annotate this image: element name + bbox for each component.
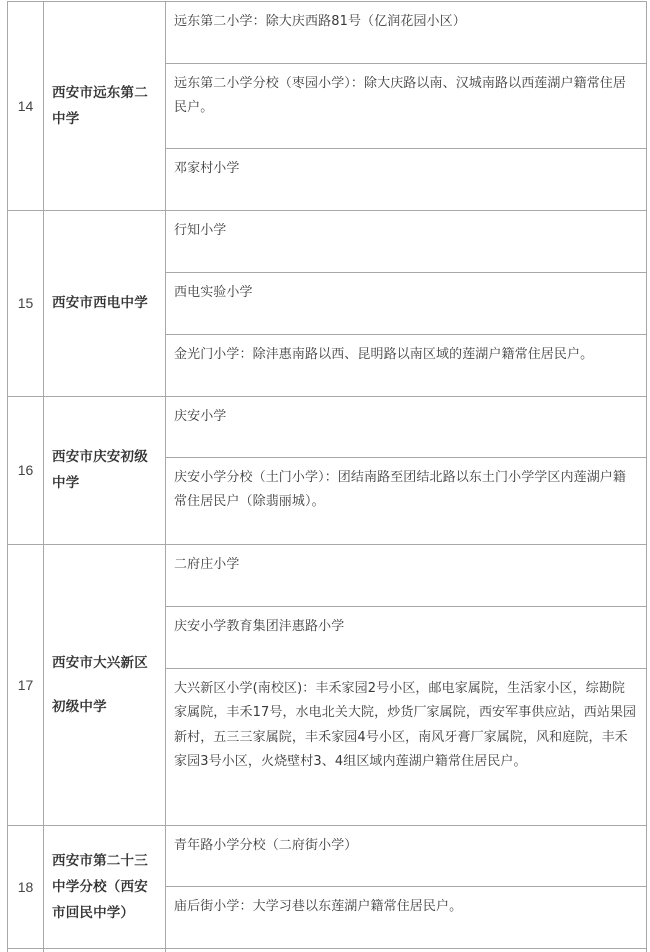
- middle-school-cell: 西安市第二十三中学分校（西安市回民中学）: [44, 825, 166, 948]
- empty-cell: [8, 948, 44, 952]
- primary-school-cell: 青年路小学分校（二府街小学）: [166, 825, 647, 886]
- primary-school-cell: 庆安小学分校（土门小学）：团结南路至团结北路以东土门小学学区内莲湖户籍常住居民户…: [166, 457, 647, 544]
- primary-school-cell: 大兴新区小学(南校区)：丰禾家园2号小区，邮电家属院，生活家小区，综勘院家属院，…: [166, 668, 647, 825]
- primary-school-text: 庙后街小学：大学习巷以东莲湖户籍常住居民户。: [174, 895, 638, 920]
- primary-school-text: 大兴新区小学(南校区)：丰禾家园2号小区，邮电家属院，生活家小区，综勘院家属院，…: [174, 677, 638, 775]
- primary-school-cell: 远东第二小学：除大庆西路81号（亿润花园小区）: [166, 1, 647, 63]
- primary-school-text: 邓家村小学: [174, 157, 638, 182]
- row-index: 16: [8, 396, 44, 544]
- primary-school-cell: 庆安小学: [166, 396, 647, 457]
- primary-school-text: 金光门小学：除沣惠南路以西、昆明路以南区域的莲湖户籍常住居民户。: [174, 343, 638, 368]
- middle-school-name-line: 西安市第二十三: [52, 848, 157, 874]
- middle-school-name-line: 西安市西电中学: [52, 290, 157, 316]
- middle-school-cell: 西安市远东第二中学: [44, 1, 166, 210]
- primary-school-text: 庆安小学教育集团沣惠路小学: [174, 615, 638, 640]
- middle-school-name-line: 市回民中学）: [52, 900, 157, 926]
- middle-school-name-line: 西安市远东第二: [52, 80, 157, 106]
- empty-cell: [44, 948, 166, 952]
- middle-school-name-line: 中学: [52, 106, 157, 132]
- middle-school-name-line: 中学: [52, 470, 157, 496]
- primary-school-text: 二府庄小学: [174, 553, 638, 578]
- primary-school-cell: 远东第二小学分校（枣园小学）：除大庆路以南、汉城南路以西莲湖户籍常住居民户。: [166, 63, 647, 148]
- table-body: 14西安市远东第二中学远东第二小学：除大庆西路81号（亿润花园小区）远东第二小学…: [8, 1, 647, 952]
- table-row: 14西安市远东第二中学远东第二小学：除大庆西路81号（亿润花园小区）: [8, 1, 647, 63]
- row-index: 15: [8, 210, 44, 396]
- primary-school-text: 远东第二小学分校（枣园小学）：除大庆路以南、汉城南路以西莲湖户籍常住居民户。: [174, 72, 638, 121]
- table-row: 18西安市第二十三中学分校（西安市回民中学）青年路小学分校（二府街小学）: [8, 825, 647, 886]
- primary-school-cell: 邓家村小学: [166, 148, 647, 210]
- primary-school-text: 庆安小学分校（土门小学）：团结南路至团结北路以东土门小学学区内莲湖户籍常住居民户…: [174, 466, 638, 515]
- table-row: 15西安市西电中学行知小学: [8, 210, 647, 272]
- row-index: 17: [8, 544, 44, 825]
- middle-school-name-line: 西安市庆安初级: [52, 444, 157, 470]
- primary-school-text: 远东第二小学：除大庆西路81号（亿润花园小区）: [174, 10, 638, 35]
- table-row: 16西安市庆安初级中学庆安小学: [8, 396, 647, 457]
- middle-school-name-line: 西安市大兴新区: [52, 641, 157, 685]
- middle-school-cell: 西安市大兴新区初级中学: [44, 544, 166, 825]
- table-row-partial-bottom: [8, 948, 647, 952]
- middle-school-cell: 西安市庆安初级中学: [44, 396, 166, 544]
- row-index: 18: [8, 825, 44, 948]
- empty-cell: [166, 948, 647, 952]
- middle-school-name-line: 初级中学: [52, 685, 157, 729]
- primary-school-text: 青年路小学分校（二府街小学）: [174, 834, 638, 859]
- primary-school-cell: 庆安小学教育集团沣惠路小学: [166, 606, 647, 668]
- school-zone-table-container: 14西安市远东第二中学远东第二小学：除大庆西路81号（亿润花园小区）远东第二小学…: [7, 1, 646, 952]
- table-row: 17西安市大兴新区初级中学二府庄小学: [8, 544, 647, 606]
- middle-school-name-line: 中学分校（西安: [52, 874, 157, 900]
- middle-school-cell: 西安市西电中学: [44, 210, 166, 396]
- primary-school-cell: 金光门小学：除沣惠南路以西、昆明路以南区域的莲湖户籍常住居民户。: [166, 334, 647, 396]
- row-index: 14: [8, 1, 44, 210]
- primary-school-cell: 行知小学: [166, 210, 647, 272]
- primary-school-text: 庆安小学: [174, 405, 638, 430]
- primary-school-text: 西电实验小学: [174, 281, 638, 306]
- primary-school-cell: 西电实验小学: [166, 272, 647, 334]
- primary-school-cell: 庙后街小学：大学习巷以东莲湖户籍常住居民户。: [166, 886, 647, 948]
- school-zone-table: 14西安市远东第二中学远东第二小学：除大庆西路81号（亿润花园小区）远东第二小学…: [7, 1, 647, 952]
- primary-school-cell: 二府庄小学: [166, 544, 647, 606]
- primary-school-text: 行知小学: [174, 219, 638, 244]
